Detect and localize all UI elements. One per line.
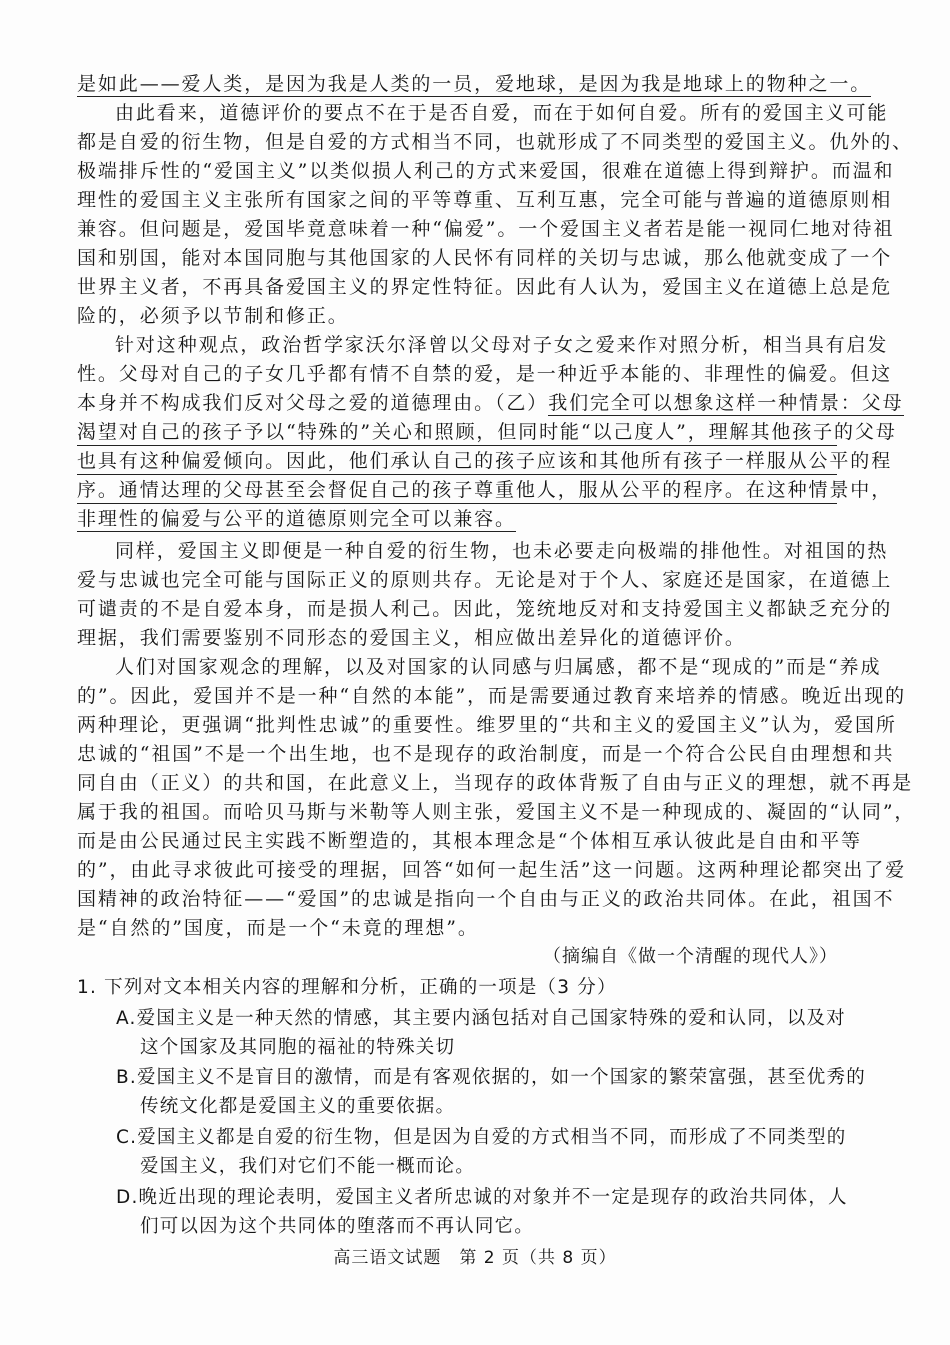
passage-line: 理据，我们需要鉴别不同形态的爱国主义，相应做出差异化的道德评价。 bbox=[77, 626, 837, 652]
option-letter: D. bbox=[116, 1187, 139, 1208]
option-d: D.晚近出现的理论表明，爱国主义者所忠诚的对象并不一定是现存的政治共同体，人 bbox=[116, 1186, 834, 1210]
option-letter: A. bbox=[116, 1008, 137, 1029]
passage-line: 兼容。但问题是，爱国毕竟意味着一种“偏爱”。一个爱国主义者若是能一视同仁地对待祖 bbox=[77, 217, 837, 243]
passage-line: 人们对国家观念的理解，以及对国家的认同感与归属感，都不是“现成的”而是“养成 bbox=[77, 655, 837, 681]
underlined-sentence-yi: 渴望对自己的孩子予以“特殊的”关心和照顾，但同时能“以己度人”，理解其他孩子的父… bbox=[77, 420, 837, 446]
passage-line: 同样，爱国主义即便是一种自爱的衍生物，也未必要走向极端的排他性。对祖国的热 bbox=[77, 539, 837, 565]
option-text: 爱国主义是一种天然的情感，其主要内涵包括对自己国家特殊的爱和认同，以及对 bbox=[137, 1008, 846, 1029]
passage-line: 序。通情达理的父母甚至会督促自己的孩子尊重他人，服从公平的程序。在这种情景中， bbox=[77, 478, 837, 504]
option-letter: B. bbox=[116, 1067, 137, 1088]
underlined-sentence: 是如此——爱人类，是因为我是人类的一员，爱地球，是因为我是地球上的物种之一。 bbox=[77, 73, 871, 97]
passage-line: 极端排斥性的“爱国主义”以类似损人利己的方式来爱国，很难在道德上得到辩护。而温和 bbox=[77, 159, 837, 185]
passage-line: 的”，由此寻求彼此可接受的理据，回答“如何一起生活”这一问题。这两种理论都突出了… bbox=[77, 858, 837, 884]
option-text: 爱国主义不是盲目的激情，而是有客观依据的，如一个国家的繁荣富强，甚至优秀的 bbox=[137, 1067, 866, 1088]
passage-line: 本身并不构成我们反对父母之爱的道德理由。（乙）我们完全可以想象这样一种情景：父母 bbox=[77, 391, 837, 417]
option-d-cont: 们可以因为这个共同体的堕落而不再认同它。 bbox=[140, 1215, 834, 1239]
passage-line: 渴望对自己的孩子予以“特殊的”关心和照顾，但同时能“以己度人”，理解其他孩子的父… bbox=[77, 420, 837, 446]
passage-line: 非理性的偏爱与公平的道德原则完全可以兼容。 bbox=[77, 507, 837, 533]
passage-line: 可谴责的不是自爱本身，而是损人利己。因此，笼统地反对和支持爱国主义都缺乏充分的 bbox=[77, 597, 837, 623]
option-text: 爱国主义都是自爱的衍生物，但是因为自爱的方式相当不同，而形成了不同类型的 bbox=[137, 1127, 846, 1148]
passage-line: 忠诚的“祖国”不是一个出生地，也不是现存的政治制度，而是一个符合公民自由理想和共 bbox=[77, 742, 837, 768]
passage-line: 是“自然的”国度，而是一个“未竟的理想”。 bbox=[77, 916, 837, 942]
passage-line: 属于我的祖国。而哈贝马斯与米勒等人则主张，爱国主义不是一种现成的、凝固的“认同”… bbox=[77, 800, 837, 826]
option-a: A.爱国主义是一种天然的情感，其主要内涵包括对自己国家特殊的爱和认同，以及对 bbox=[116, 1007, 834, 1031]
question-stem: 1. 下列对文本相关内容的理解和分析，正确的一项是（3 分） bbox=[77, 976, 617, 1000]
passage-line: 都是自爱的衍生物，但是自爱的方式相当不同，也就形成了不同类型的爱国主义。仇外的、 bbox=[77, 130, 837, 156]
passage-line: 爱与忠诚也完全可能与国际正义的原则共存。无论是对于个人、家庭还是国家，在道德上 bbox=[77, 568, 837, 594]
underlined-sentence-yi: 序。通情达理的父母甚至会督促自己的孩子尊重他人，服从公平的程序。在这种情景中， bbox=[77, 478, 837, 504]
passage-line: 也具有这种偏爱倾向。因此，他们承认自己的孩子应该和其他所有孩子一样服从公平的程 bbox=[77, 449, 837, 475]
passage-line: 世界主义者，不再具备爱国主义的界定性特征。因此有人认为，爱国主义在道德上总是危 bbox=[77, 275, 837, 301]
passage-line: 同自由（正义）的共和国，在此意义上，当现存的政体背叛了自由与正义的理想，就不再是 bbox=[77, 771, 837, 797]
passage-line: 险的，必须予以节制和修正。 bbox=[77, 304, 837, 330]
exam-page: 是如此——爱人类，是因为我是人类的一员，爱地球，是因为我是地球上的物种之一。 由… bbox=[0, 0, 950, 1345]
underlined-sentence-yi: 非理性的偏爱与公平的道德原则完全可以兼容。 bbox=[77, 508, 516, 532]
passage-line: 国精神的政治特征——“爱国”的忠诚是指向一个自由与正义的政治共同体。在此，祖国不 bbox=[77, 887, 837, 913]
option-text: 晚近出现的理论表明，爱国主义者所忠诚的对象并不一定是现存的政治共同体，人 bbox=[139, 1187, 848, 1208]
passage-line: 是如此——爱人类，是因为我是人类的一员，爱地球，是因为我是地球上的物种之一。 bbox=[77, 72, 837, 98]
page-footer: 高三语文试题 第 2 页（共 8 页） bbox=[0, 1243, 950, 1268]
passage-line: 性。父母对自己的子女几乎都有情不自禁的爱，是一种近乎本能的、非理性的偏爱。但这 bbox=[77, 362, 837, 388]
underlined-sentence-yi: 也具有这种偏爱倾向。因此，他们承认自己的孩子应该和其他所有孩子一样服从公平的程 bbox=[77, 449, 837, 475]
option-c-cont: 爱国主义，我们对它们不能一概而论。 bbox=[140, 1155, 834, 1179]
option-b: B.爱国主义不是盲目的激情，而是有客观依据的，如一个国家的繁荣富强，甚至优秀的 bbox=[116, 1066, 834, 1090]
passage-line: 国和别国，能对本国同胞与其他国家的人民怀有同样的关切与忠诚，那么他就变成了一个 bbox=[77, 246, 837, 272]
option-c: C.爱国主义都是自爱的衍生物，但是因为自爱的方式相当不同，而形成了不同类型的 bbox=[116, 1126, 834, 1150]
option-a-cont: 这个国家及其同胞的福祉的特殊关切 bbox=[140, 1036, 834, 1060]
passage-line: 而是由公民通过民主实践不断塑造的，其根本理念是“个体相互承认彼此是自由和平等 bbox=[77, 829, 837, 855]
passage-line: 两种理论，更强调“批判性忠诚”的重要性。维罗里的“共和主义的爱国主义”认为，爱国… bbox=[77, 713, 837, 739]
passage-line: 的”。因此，爱国并不是一种“自然的本能”，而是需要通过教育来培养的情感。晚近出现… bbox=[77, 684, 837, 710]
passage-line: 理性的爱国主义主张所有国家之间的平等尊重、互利互惠，完全可能与普遍的道德原则相 bbox=[77, 188, 837, 214]
passage-line: 由此看来，道德评价的要点不在于是否自爱，而在于如何自爱。所有的爱国主义可能 bbox=[77, 101, 837, 127]
option-letter: C. bbox=[116, 1127, 137, 1148]
option-b-cont: 传统文化都是爱国主义的重要依据。 bbox=[140, 1095, 834, 1119]
source-citation: （摘编自《做一个清醒的现代人》） bbox=[543, 945, 838, 969]
passage-line: 针对这种观点，政治哲学家沃尔泽曾以父母对子女之爱来作对照分析，相当具有启发 bbox=[77, 333, 837, 359]
plain-text: 本身并不构成我们反对父母之爱的道德理由。（乙） bbox=[77, 392, 548, 414]
underlined-sentence-yi: 我们完全可以想象这样一种情景：父母 bbox=[548, 392, 903, 416]
